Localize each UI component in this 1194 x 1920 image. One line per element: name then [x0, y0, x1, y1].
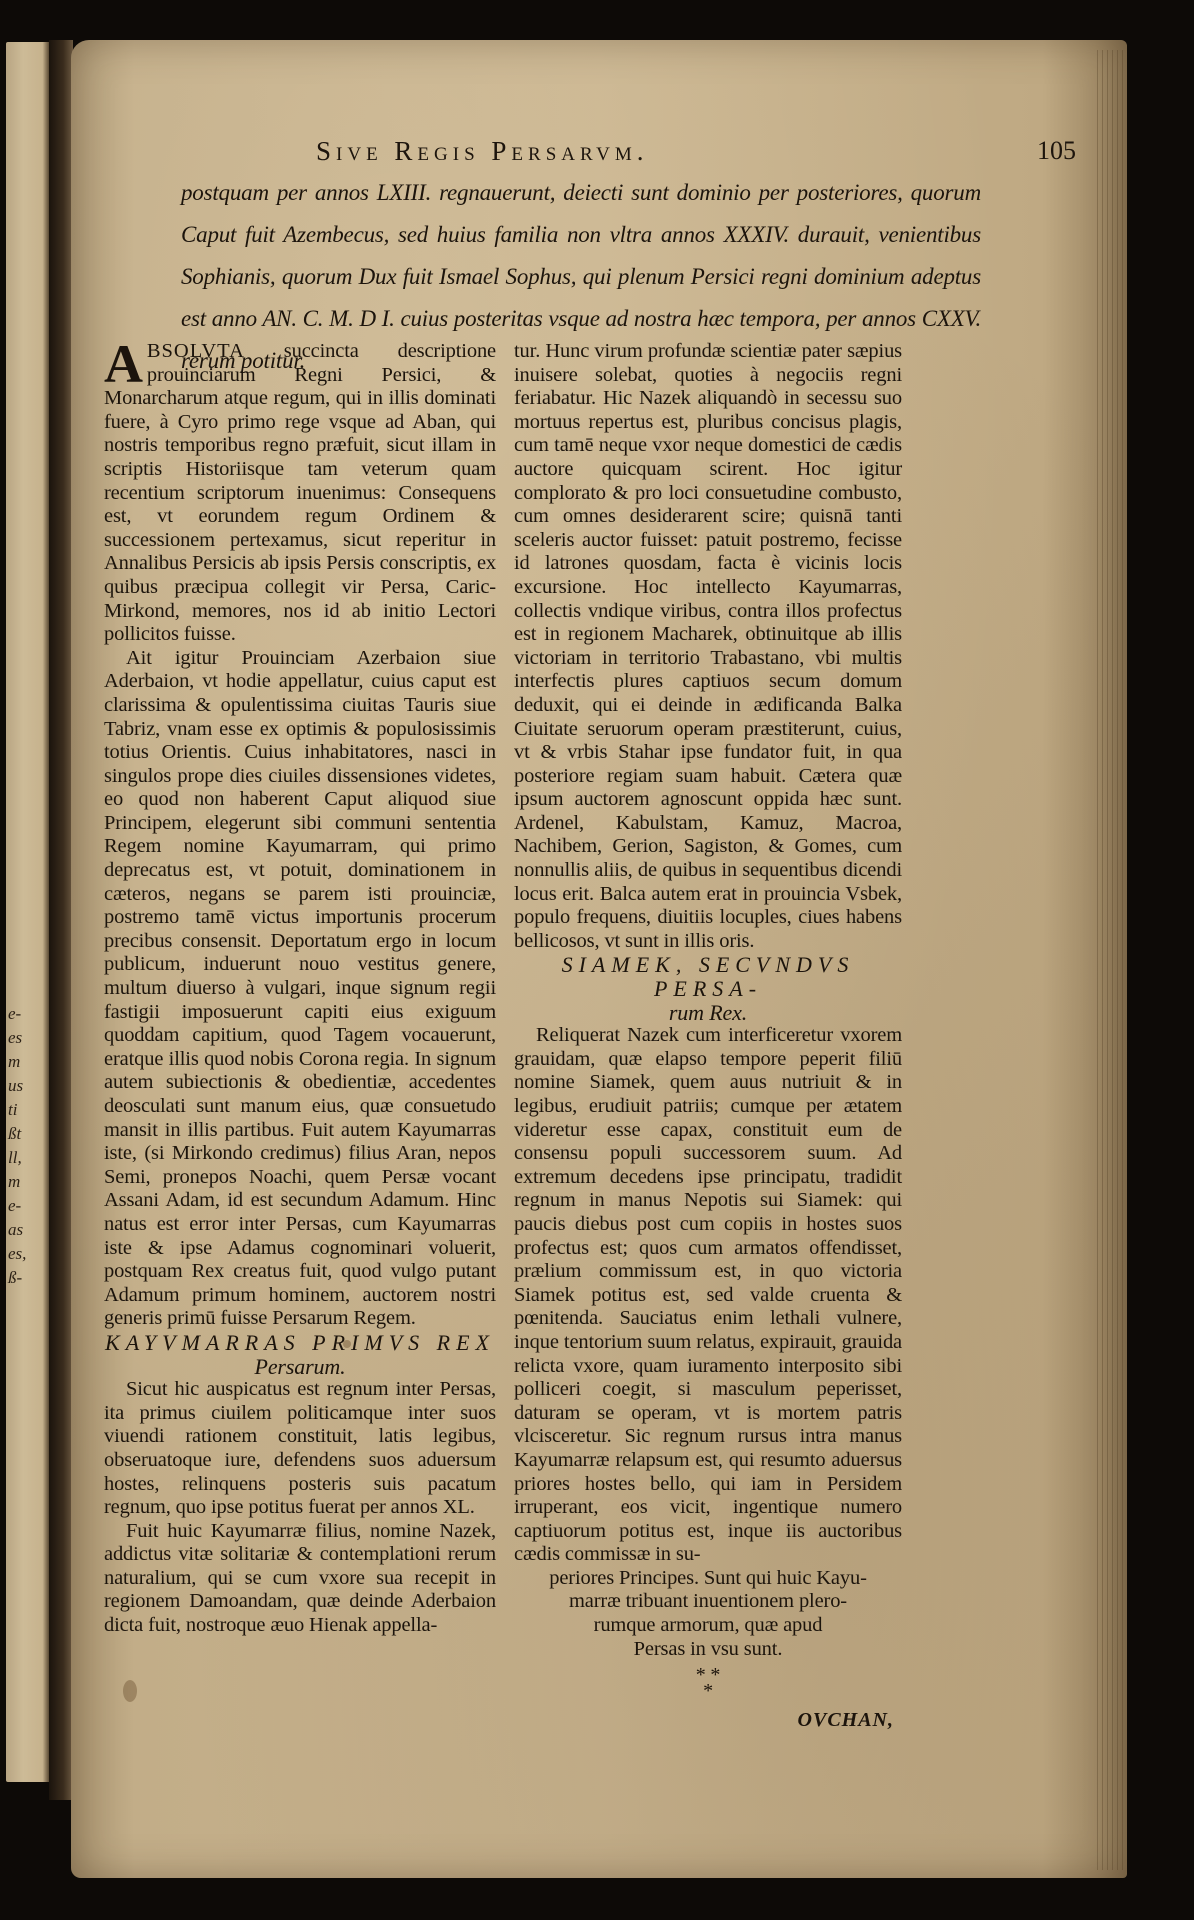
- tail-line: periores Principes. Sunt qui huic Kayu-: [514, 1567, 902, 1591]
- paper-stain: [123, 1680, 137, 1702]
- paragraph: Ait igitur Prouinciam Azerbaion siue Ade…: [104, 647, 496, 1331]
- tail-line: rumque armorum, quæ apud: [514, 1614, 902, 1638]
- opening-paragraph: ABSOLVTA succincta descriptione prouinci…: [104, 340, 496, 647]
- section-heading: Kayvmarras primvs rex: [104, 1331, 496, 1355]
- running-head: Sive Regis Persarvm. 105: [316, 136, 1076, 166]
- lead-word: BSOLVTA: [147, 340, 245, 362]
- section-heading: Siamek, secvndvs Persa-: [514, 953, 902, 1000]
- page-fore-edge: [1097, 50, 1127, 1870]
- paragraph: Sicut hic auspicatus est regnum inter Pe…: [104, 1378, 496, 1520]
- section-subheading: rum Rex.: [514, 1001, 902, 1025]
- page-number: 105: [1037, 136, 1076, 166]
- paragraph-text: succincta descriptione prouinciarum Regn…: [104, 340, 496, 645]
- facing-page-fragments: e- es m us ti ßt ll, m e- as es, ß-: [8, 1002, 26, 1290]
- asterism-ornament: * * *: [514, 1667, 902, 1699]
- book-gutter: [49, 40, 73, 1800]
- paragraph: tur. Hunc virum profundæ scientiæ pater …: [514, 340, 902, 953]
- paragraph: Fuit huic Kayumarræ filius, nomine Nazek…: [104, 1520, 496, 1638]
- section-subheading: Persarum.: [104, 1355, 496, 1379]
- book-page: Sive Regis Persarvm. 105 postquam per an…: [71, 40, 1127, 1878]
- drop-cap: A: [104, 342, 143, 386]
- paragraph: Reliquerat Nazek cum interficeretur vxor…: [514, 1024, 902, 1567]
- facing-page-edge: e- es m us ti ßt ll, m e- as es, ß-: [6, 42, 49, 1782]
- tail-line: Persas in vsu sunt.: [514, 1638, 902, 1662]
- tail-line: marræ tribuant inuentionem plero-: [514, 1590, 902, 1614]
- running-title: Sive Regis Persarvm.: [316, 136, 649, 167]
- left-column: ABSOLVTA succincta descriptione prouinci…: [104, 340, 496, 1638]
- catchword: OVCHAN,: [514, 1709, 902, 1733]
- right-column: tur. Hunc virum profundæ scientiæ pater …: [514, 340, 902, 1733]
